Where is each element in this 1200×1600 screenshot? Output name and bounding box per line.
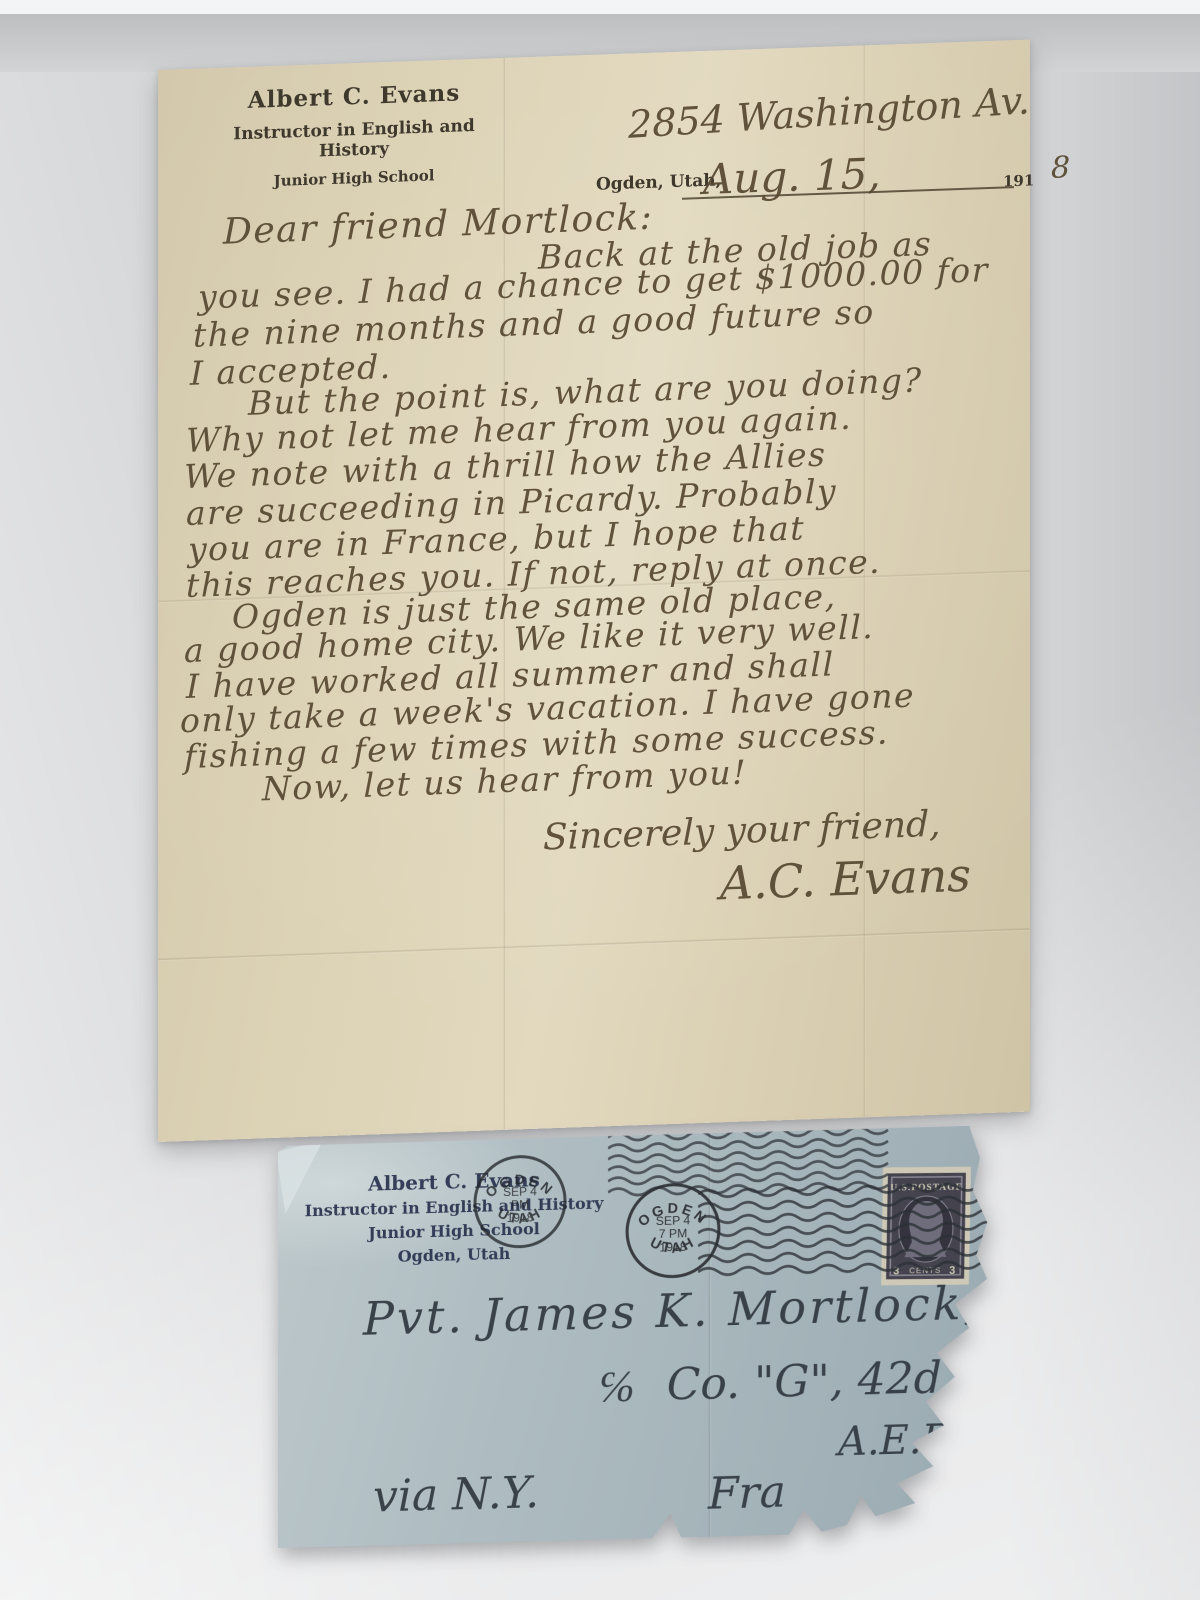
fold-crease	[158, 928, 1030, 961]
return-address: Albert C. Evans Instructor in English an…	[286, 1165, 622, 1274]
envelope-via-line: via N.Y.	[373, 1467, 539, 1522]
letterhead-title: Instructor in English and History	[198, 115, 510, 166]
envelope-paper: Albert C. Evans Instructor in English an…	[278, 1125, 998, 1548]
letterhead: Albert C. Evans Instructor in English an…	[198, 78, 510, 193]
envelope-address-line2: ℅ Co. "G", 42d Inf	[598, 1351, 1018, 1413]
return-address-line: Junior High School	[286, 1217, 622, 1245]
handwritten-date: Aug. 15,	[703, 149, 881, 204]
care-of-symbol: ℅	[598, 1361, 635, 1413]
photo-of-letter-and-envelope: Albert C. Evans Instructor in English an…	[0, 0, 1200, 1600]
envelope: Albert C. Evans Instructor in English an…	[278, 1125, 998, 1548]
envelope-address-line1: Pvt. James K. Mortlock,	[363, 1276, 981, 1346]
letter-signature: A.C. Evans	[720, 848, 971, 911]
handwritten-year-digit: 8	[1051, 150, 1070, 186]
return-address-line: Ogden, Utah	[286, 1241, 622, 1269]
envelope-address-unit: Co. "G", 42d Inf	[667, 1351, 1018, 1411]
printed-year: 191	[1003, 171, 1034, 190]
background-top-strip	[0, 0, 1200, 14]
letterhead-name: Albert C. Evans	[198, 78, 510, 116]
letter: Albert C. Evans Instructor in English an…	[158, 40, 1030, 1142]
return-address-line: Instructor in English and History	[286, 1193, 622, 1221]
cancellation-waves-lower	[698, 1180, 1008, 1284]
envelope-address-line3: A.E.F.	[838, 1416, 956, 1465]
envelope-destination: Fra	[708, 1467, 786, 1520]
return-address-line: Albert C. Evans	[286, 1165, 622, 1198]
letterhead-school: Junior High School	[198, 164, 510, 193]
postmark-left: OGDEN SEP 4 PM 1918 UTAH	[470, 1150, 570, 1253]
street-address: 2854 Washington Av.	[627, 78, 1030, 146]
